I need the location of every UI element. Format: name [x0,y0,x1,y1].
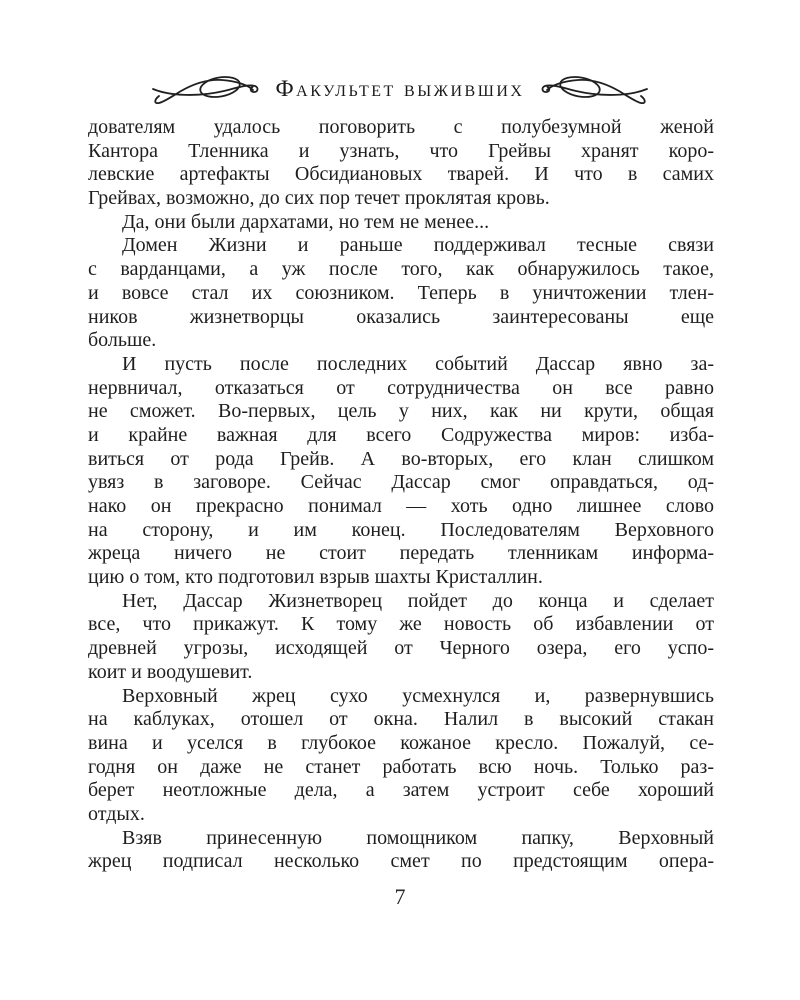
text-line: левские артефакты Обсидиановых тварей. И… [88,163,714,187]
text-line: коит и воодушевит. [88,661,714,685]
chapter-title: Факультет выживших [276,76,525,102]
page-number: 7 [0,884,800,910]
text-line: И пусть после последних событий Дассар я… [88,353,714,377]
text-line: отдых. [88,803,714,827]
text-line: Нет, Дассар Жизнетворец пойдет до конца … [88,590,714,614]
text-line: все, что прикажут. К тому же новость об … [88,613,714,637]
flourish-left-icon [150,74,264,104]
text-line: больше. [88,329,714,353]
text-line: Кантора Тленника и узнать, что Грейвы хр… [88,140,714,164]
text-line: жрец подписал несколько смет по предстоя… [88,850,714,874]
chapter-header: Факультет выживших [0,72,800,106]
text-line: вина и уселся в глубокое кожаное кресло.… [88,732,714,756]
text-line: жреца ничего не стоит передать тленникам… [88,542,714,566]
text-line: Домен Жизни и раньше поддерживал тесные … [88,234,714,258]
text-line: нервничал, отказаться от сотрудничества … [88,377,714,401]
text-line: не сможет. Во-первых, цель у них, как ни… [88,400,714,424]
text-line: Верховный жрец сухо усмехнулся и, развер… [88,685,714,709]
text-line: годня он даже не станет работать всю ноч… [88,756,714,780]
text-line: и крайне важная для всего Содружества ми… [88,424,714,448]
text-line: Взяв принесенную помощником папку, Верхо… [88,827,714,851]
text-line: ников жизнетворцы оказались заинтересова… [88,306,714,330]
text-line: Да, они были дархатами, но тем не менее.… [88,211,714,235]
text-line: цию о том, кто подготовил взрыв шахты Кр… [88,566,714,590]
flourish-right-icon [536,74,650,104]
text-line: на каблуках, отошел от окна. Налил в выс… [88,708,714,732]
text-line: нако он прекрасно понимал — хоть одно ли… [88,495,714,519]
text-line: древней угрозы, исходящей от Черного озе… [88,637,714,661]
text-line: виться от рода Грейв. А во-вторых, его к… [88,448,714,472]
page-text: дователям удалось поговорить с полубезум… [88,116,714,874]
text-line: увяз в заговоре. Сейчас Дассар смог опра… [88,471,714,495]
text-line: и вовсе стал их союзником. Теперь в унич… [88,282,714,306]
text-line: берет неотложные дела, а затем устроит с… [88,779,714,803]
text-line: Грейвах, возможно, до сих пор течет прок… [88,187,714,211]
text-line: дователям удалось поговорить с полубезум… [88,116,714,140]
text-line: с варданцами, а уж после того, как обнар… [88,258,714,282]
text-line: на сторону, и им конец. Последователям В… [88,519,714,543]
book-page: Факультет выживших дователям удалось пог… [0,0,800,1000]
